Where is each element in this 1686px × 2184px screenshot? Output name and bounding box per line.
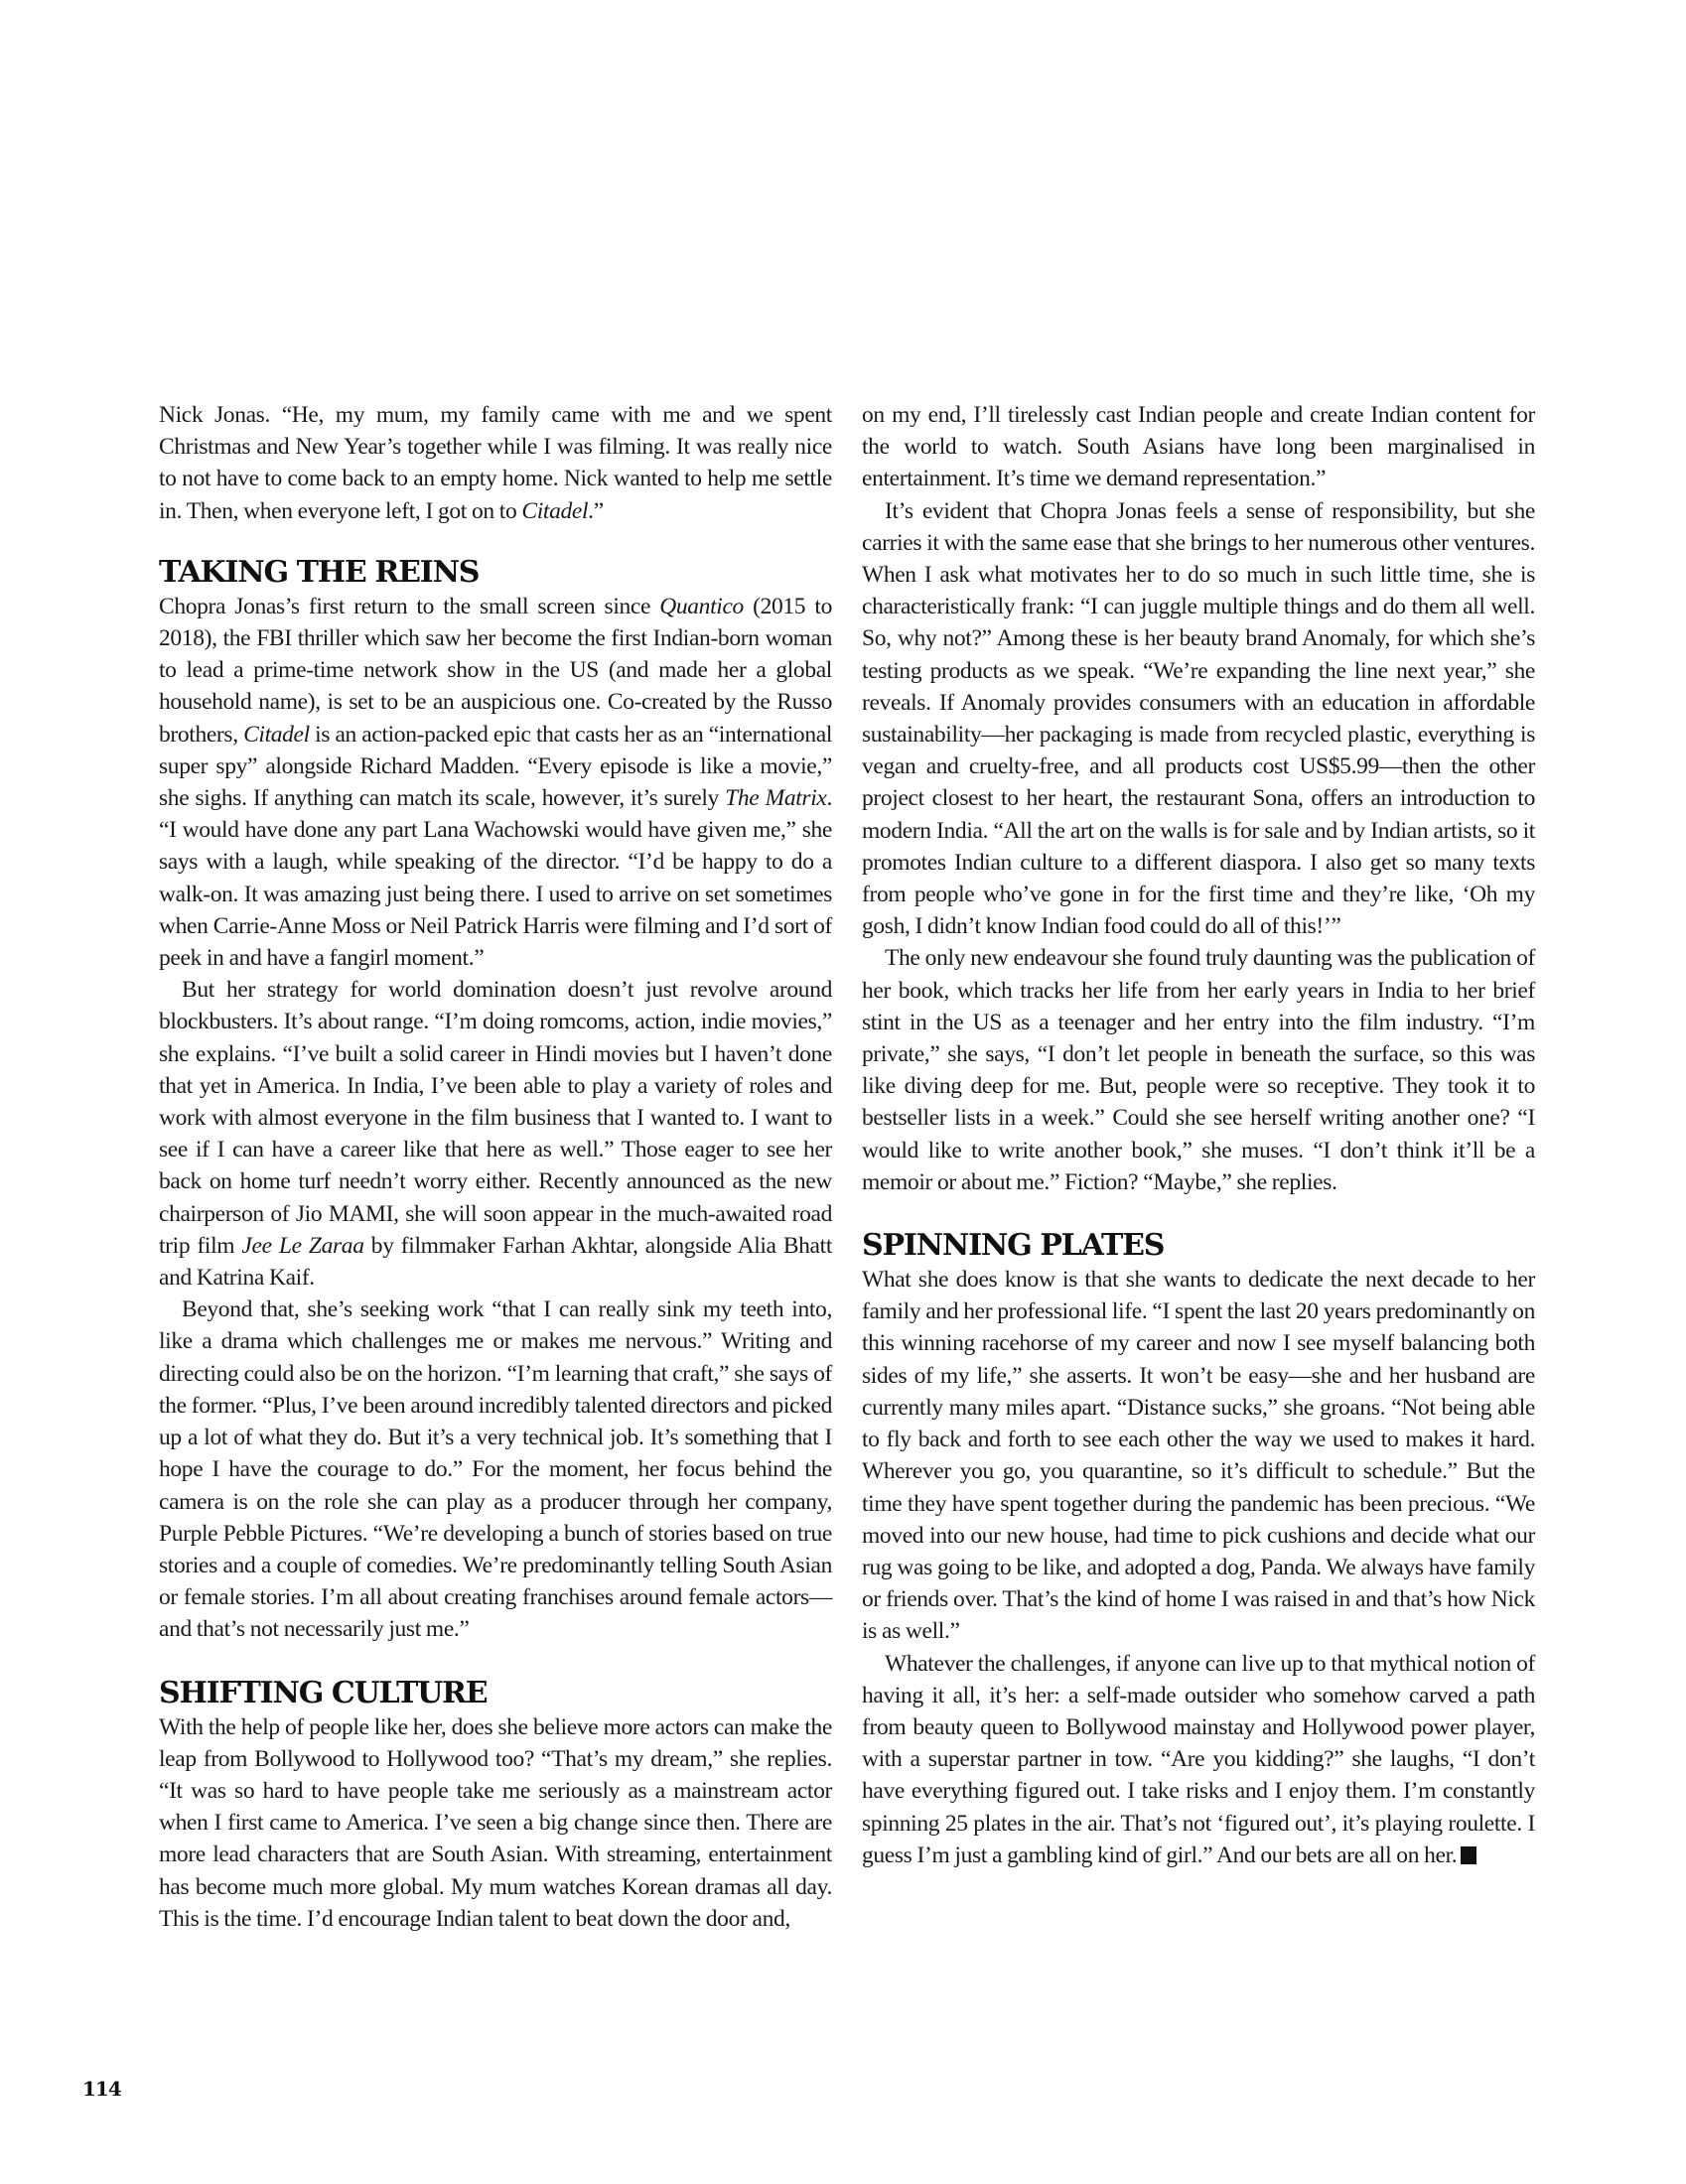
article-column-left: Nick Jonas. “He, my mum, my family came …: [159, 399, 832, 1935]
paragraph: It’s evident that Chopra Jonas feels a s…: [862, 495, 1535, 943]
italic-title: The Matrix: [725, 785, 826, 811]
italic-title: Quantico: [659, 594, 744, 619]
italic-title: Citadel: [243, 722, 310, 748]
paragraph: With the help of people like her, does s…: [159, 1711, 832, 1935]
paragraph: But her strategy for world domination do…: [159, 974, 832, 1294]
section-heading: SHIFTING CULTURE: [159, 1676, 832, 1711]
italic-title: Citadel: [521, 498, 588, 524]
paragraph: Nick Jonas. “He, my mum, my family came …: [159, 399, 832, 527]
italic-title: Jee Le Zaraa: [241, 1233, 363, 1259]
paragraph: on my end, I’ll tirelessly cast Indian p…: [862, 399, 1535, 495]
paragraph: The only new endeavour she found truly d…: [862, 942, 1535, 1198]
end-of-article-square-icon: [1461, 1846, 1476, 1864]
paragraph: Chopra Jonas’s first return to the small…: [159, 591, 832, 974]
paragraph: Beyond that, she’s seeking work “that I …: [159, 1294, 832, 1645]
section-heading: TAKING THE REINS: [159, 555, 832, 591]
paragraph: What she does know is that she wants to …: [862, 1264, 1535, 1647]
section-heading: SPINNING PLATES: [862, 1228, 1535, 1264]
paragraph: Whatever the challenges, if anyone can l…: [862, 1648, 1535, 1871]
page-number: 114: [82, 2077, 121, 2101]
article-column-right: on my end, I’ll tirelessly cast Indian p…: [862, 399, 1535, 1871]
